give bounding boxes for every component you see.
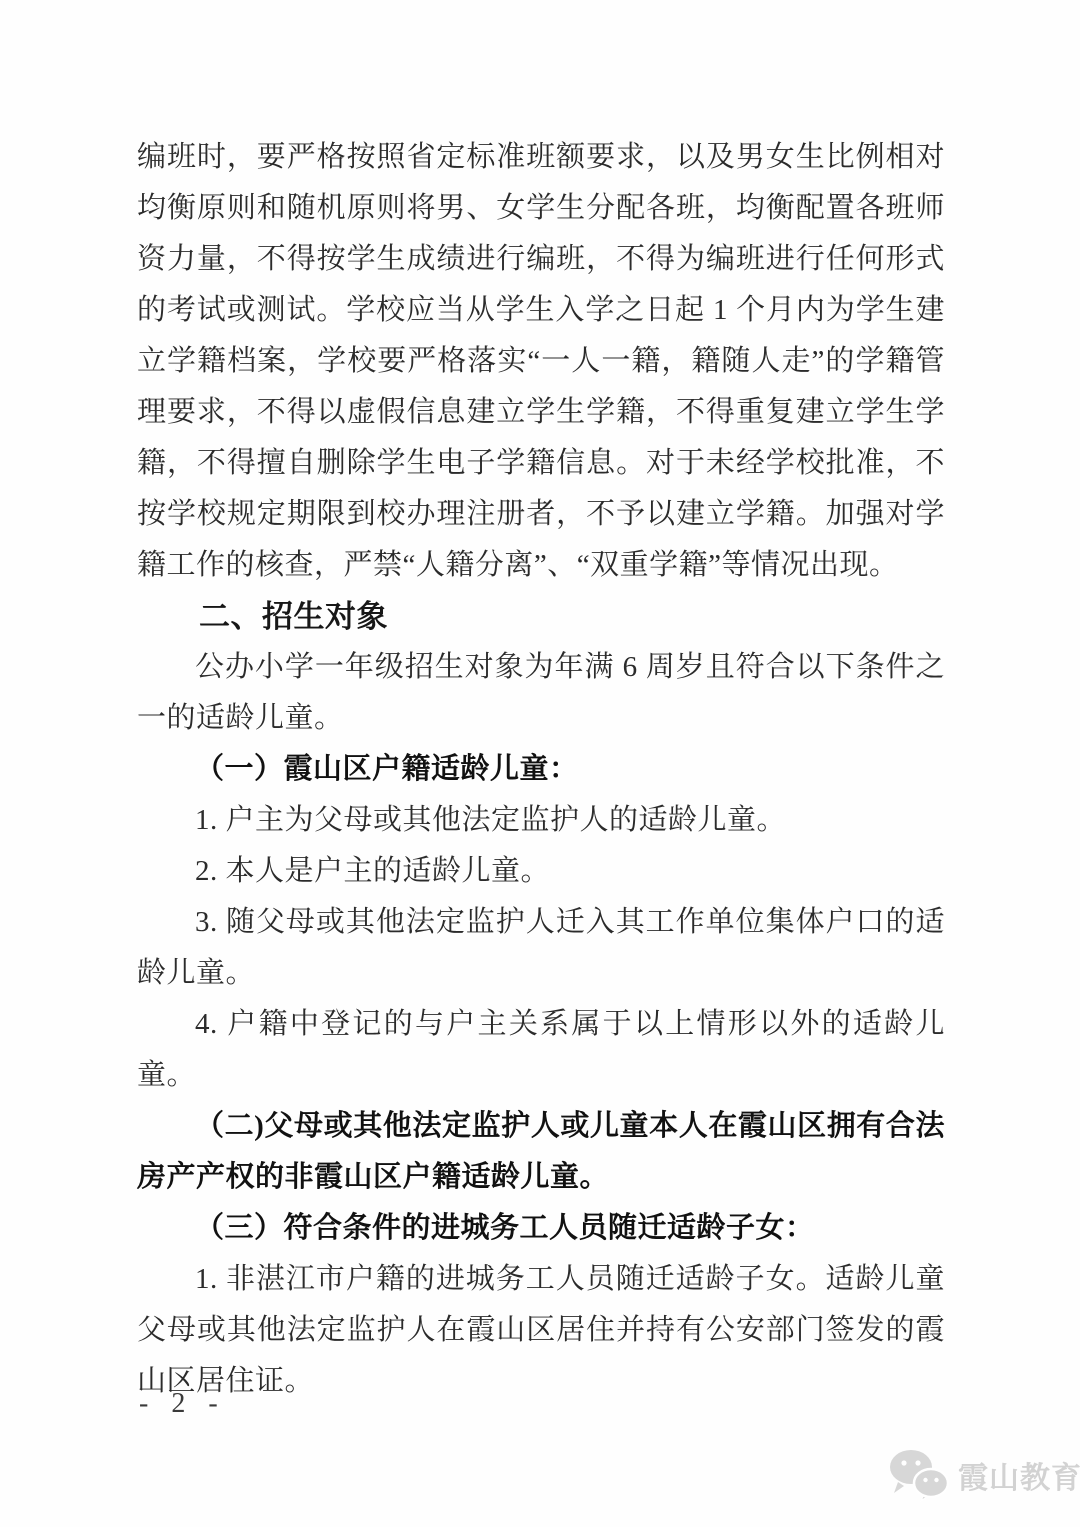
watermark: 霞山教育 bbox=[888, 1448, 1080, 1502]
paragraph: 1. 非湛江市户籍的进城务工人员随迁适龄子女。适龄儿童父母或其他法定监护人在霞山… bbox=[137, 1254, 945, 1407]
page-number: - 2 - bbox=[139, 1388, 226, 1420]
watermark-text: 霞山教育 bbox=[958, 1453, 1080, 1497]
subheading: （三）符合条件的进城务工人员随迁适龄子女： bbox=[137, 1203, 945, 1254]
heading: 二、招生对象 bbox=[137, 591, 945, 642]
paragraph: 2. 本人是户主的适龄儿童。 bbox=[137, 846, 945, 897]
paragraph: 1. 户主为父母或其他法定监护人的适龄儿童。 bbox=[137, 795, 945, 846]
paragraph: 编班时，要严格按照省定标准班额要求，以及男女生比例相对均衡原则和随机原则将男、女… bbox=[137, 132, 945, 591]
paragraph: 4. 户籍中登记的与户主关系属于以上情形以外的适龄儿童。 bbox=[137, 999, 945, 1101]
subheading: （一）霞山区户籍适龄儿童： bbox=[137, 744, 945, 795]
document-page: 编班时，要严格按照省定标准班额要求，以及男女生比例相对均衡原则和随机原则将男、女… bbox=[0, 0, 1080, 1527]
wechat-icon bbox=[888, 1448, 950, 1502]
paragraph: 公办小学一年级招生对象为年满 6 周岁且符合以下条件之一的适龄儿童。 bbox=[137, 642, 945, 744]
document-body: 编班时，要严格按照省定标准班额要求，以及男女生比例相对均衡原则和随机原则将男、女… bbox=[137, 132, 945, 1407]
subheading: （二)父母或其他法定监护人或儿童本人在霞山区拥有合法房产产权的非霞山区户籍适龄儿… bbox=[137, 1101, 945, 1203]
paragraph: 3. 随父母或其他法定监护人迁入其工作单位集体户口的适龄儿童。 bbox=[137, 897, 945, 999]
